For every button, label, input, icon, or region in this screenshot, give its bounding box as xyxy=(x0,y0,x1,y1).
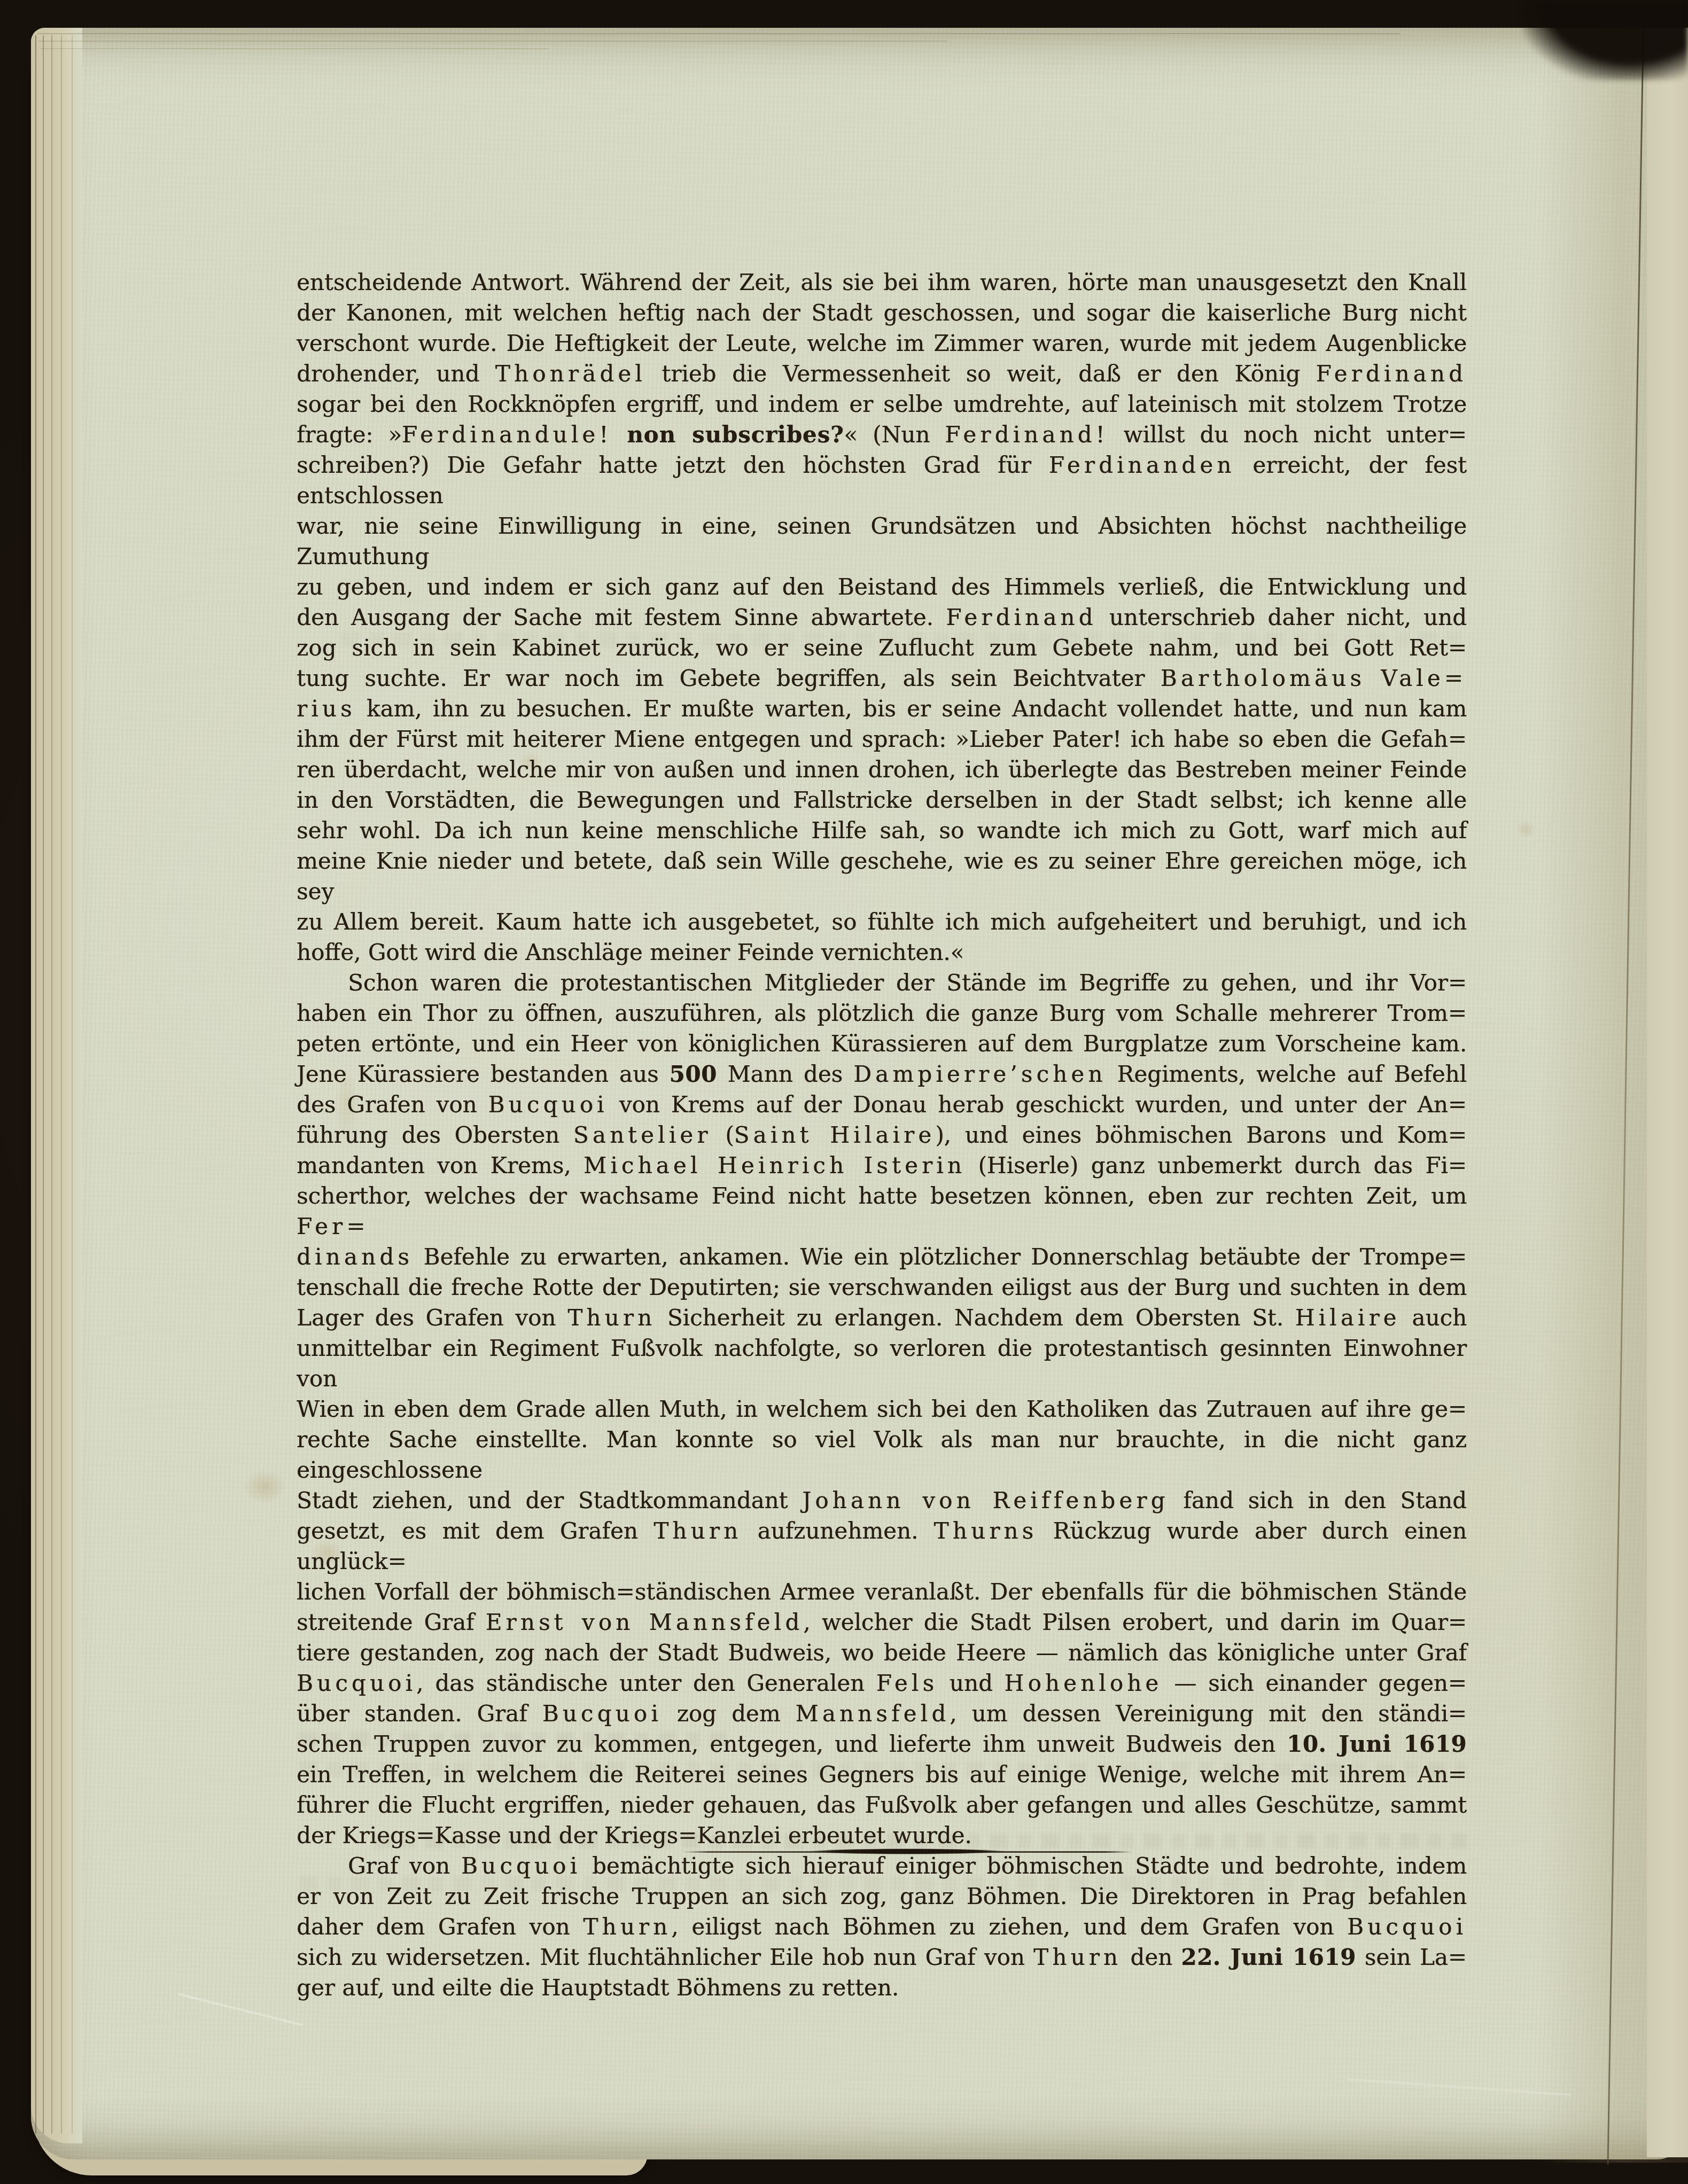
text-line: tiere gestanden, zog nach der Stadt Budw… xyxy=(297,1637,1467,1668)
proper-name-spaced: Ferdinand xyxy=(1316,361,1467,387)
text-line: daher dem Grafen von Thurn, eiligst nach… xyxy=(297,1912,1467,1942)
text-segment: ger auf, und eilte die Hauptstadt Böhmen… xyxy=(297,1975,899,2001)
text-segment: , eiligst nach Böhmen zu ziehen, und dem… xyxy=(671,1914,1347,1940)
proper-name-spaced: dinands xyxy=(297,1244,413,1270)
text-line: scherthor, welches der wachsame Feind ni… xyxy=(297,1181,1467,1242)
text-line: verschont wurde. Die Heftigkeit der Leut… xyxy=(297,328,1467,358)
text-segment: gesetzt, es mit dem Grafen xyxy=(297,1518,654,1544)
text-segment: tung suchte. Er war noch im Gebete begri… xyxy=(297,665,1161,691)
facing-page-sliver xyxy=(1647,25,1688,2157)
text-line: ihm der Fürst mit heiterer Miene entgege… xyxy=(297,724,1467,754)
scan-top-strip xyxy=(0,0,1688,28)
sheet-edge-line xyxy=(72,35,73,2134)
proper-name-spaced: Vale= xyxy=(1381,665,1467,691)
text-line: ein Treffen, in welchem die Reiterei sei… xyxy=(297,1759,1467,1790)
text-segment: sogar bei den Rockknöpfen ergriff, und i… xyxy=(297,391,1467,417)
proper-name-spaced: Saint Hilaire xyxy=(734,1122,936,1148)
text-line: führer die Flucht ergriffen, nieder geha… xyxy=(297,1790,1467,1820)
sheet-edge-line xyxy=(61,35,62,2134)
text-segment: peten ertönte, und ein Heer von königlic… xyxy=(297,1031,1467,1057)
proper-name-spaced: Bucquoi xyxy=(542,1701,662,1727)
proper-name-spaced: Bucquoi xyxy=(1347,1914,1467,1940)
text-line: führung des Obersten Santelier (Saint Hi… xyxy=(297,1120,1467,1150)
text-segment: entscheidende Antwort. Während der Zeit,… xyxy=(297,269,1467,295)
proper-name-spaced: Bartholomäus xyxy=(1161,665,1365,691)
text-block: entscheidende Antwort. Während der Zeit,… xyxy=(297,267,1467,2003)
text-line: über standen. Graf Bucquoi zog dem Manns… xyxy=(297,1698,1467,1729)
proper-name-spaced: Fels xyxy=(876,1670,938,1696)
text-line: lichen Vorfall der böhmisch=ständischen … xyxy=(297,1577,1467,1607)
text-line: zu geben, und indem er sich ganz auf den… xyxy=(297,572,1467,602)
text-segment: ein Treffen, in welchem die Reiterei sei… xyxy=(297,1761,1467,1788)
proper-name-spaced: Johann von Reiffenberg xyxy=(802,1487,1169,1514)
text-segment: sein La= xyxy=(1356,1944,1467,1970)
text-segment: Schon waren die protestantischen Mitglie… xyxy=(348,970,1467,996)
text-segment: zog sich in sein Kabinet zurück, wo er s… xyxy=(297,635,1467,661)
proper-name-spaced: Dampierre’schen xyxy=(853,1061,1106,1087)
text-segment: « (Nun xyxy=(844,422,945,448)
text-line: gesetzt, es mit dem Grafen Thurn aufzune… xyxy=(297,1516,1467,1577)
text-segment: ( xyxy=(711,1122,734,1148)
text-segment: rechte Sache einstellte. Man konnte so v… xyxy=(297,1426,1467,1483)
text-segment: tiere gestanden, zog nach der Stadt Budw… xyxy=(297,1640,1467,1666)
sheet-edge-line xyxy=(35,35,36,2134)
latin-emphasis: 500 xyxy=(670,1061,717,1087)
proper-name-spaced: Bucquoi xyxy=(488,1091,608,1118)
sheet-edge-line-top xyxy=(38,41,947,42)
latin-emphasis: non subscribes? xyxy=(627,422,844,448)
sheet-edge-line xyxy=(43,35,44,2134)
text-line: peten ertönte, und ein Heer von königlic… xyxy=(297,1028,1467,1059)
text-line: drohender, und Thonrädel trieb die Verme… xyxy=(297,358,1467,389)
proper-name-spaced: Thurn xyxy=(583,1914,671,1940)
text-line: streitende Graf Ernst von Mannsfeld, wel… xyxy=(297,1607,1467,1637)
text-line: ger auf, und eilte die Hauptstadt Böhmen… xyxy=(297,1972,1467,2003)
text-segment: fragte: » xyxy=(297,422,402,448)
text-segment: zog dem xyxy=(662,1701,796,1727)
text-segment: zu geben, und indem er sich ganz auf den… xyxy=(297,574,1467,600)
text-segment: Wien in eben dem Grade allen Muth, in we… xyxy=(297,1396,1467,1422)
text-segment: auch xyxy=(1401,1305,1467,1331)
binding-shadow xyxy=(1523,0,1688,80)
text-line: tung suchte. Er war noch im Gebete begri… xyxy=(297,663,1467,693)
text-line: der Kriegs=Kasse und der Kriegs=Kanzlei … xyxy=(297,1820,1467,1851)
text-segment: führung des Obersten xyxy=(297,1122,573,1148)
text-segment: lichen Vorfall der böhmisch=ständischen … xyxy=(297,1579,1467,1605)
text-line: tenschall die freche Rotte der Deputirte… xyxy=(297,1272,1467,1302)
text-segment: mandanten von Krems, xyxy=(297,1152,584,1179)
text-line: rius kam, ihn zu besuchen. Er mußte wart… xyxy=(297,693,1467,724)
text-line: haben ein Thor zu öffnen, auszuführen, a… xyxy=(297,998,1467,1028)
text-segment: den Ausgang der Sache mit festem Sinne a… xyxy=(297,604,946,630)
end-rule-swell xyxy=(768,1847,1046,1855)
text-segment: der Kanonen, mit welchen heftig nach der… xyxy=(297,300,1467,326)
text-segment: drohender, und xyxy=(297,361,495,387)
text-line: den Ausgang der Sache mit festem Sinne a… xyxy=(297,602,1467,633)
text-line: Bucquoi, das ständische unter den Genera… xyxy=(297,1668,1467,1698)
proper-name-spaced: Thurn xyxy=(1033,1944,1122,1970)
text-segment: den xyxy=(1122,1944,1181,1970)
proper-name-spaced: Thurn xyxy=(654,1518,742,1544)
text-segment: der Kriegs=Kasse und der Kriegs=Kanzlei … xyxy=(297,1822,972,1848)
text-segment: verschont wurde. Die Heftigkeit der Leut… xyxy=(297,330,1467,356)
proper-name-spaced: Ferdinand xyxy=(946,604,1096,630)
text-segment: scherthor, welches der wachsame Feind ni… xyxy=(297,1183,1467,1209)
text-segment xyxy=(1365,665,1381,691)
text-line: sogar bei den Rockknöpfen ergriff, und i… xyxy=(297,389,1467,419)
text-segment: sich zu widersetzen. Mit fluchtähnlicher… xyxy=(297,1944,1033,1970)
text-segment: tenschall die freche Rotte der Deputirte… xyxy=(297,1274,1467,1300)
text-line: hoffe, Gott wird die Anschläge meiner Fe… xyxy=(297,937,1467,968)
text-segment: Befehle zu erwarten, ankamen. Wie ein pl… xyxy=(413,1244,1467,1270)
text-segment: — sich einander gegen= xyxy=(1162,1670,1467,1696)
text-line: schreiben?) Die Gefahr hatte jetzt den h… xyxy=(297,450,1467,511)
proper-name-spaced: Santelier xyxy=(573,1122,712,1148)
text-line: ren überdacht, welche mir von außen und … xyxy=(297,754,1467,785)
text-segment: ), und eines böhmischen Barons und Kom= xyxy=(935,1122,1467,1148)
text-segment: Graf von xyxy=(348,1853,461,1879)
text-segment: über standen. Graf xyxy=(297,1701,542,1727)
text-segment: aufzunehmen. xyxy=(742,1518,934,1544)
text-line: unmittelbar ein Regiment Fußvolk nachfol… xyxy=(297,1333,1467,1394)
text-line: Stadt ziehen, und der Stadtkommandant Jo… xyxy=(297,1485,1467,1516)
text-segment: streitende Graf xyxy=(297,1609,486,1635)
text-segment: unterschrieb daher nicht, und xyxy=(1097,604,1467,630)
text-line: schen Truppen zuvor zu kommen, entgegen,… xyxy=(297,1729,1467,1759)
text-line: rechte Sache einstellte. Man konnte so v… xyxy=(297,1424,1467,1485)
proper-name-spaced: Mannsfeld xyxy=(796,1701,950,1727)
text-line: er von Zeit zu Zeit frische Truppen an s… xyxy=(297,1881,1467,1912)
latin-emphasis: 22. Juni 1619 xyxy=(1181,1944,1356,1970)
text-segment: zu Allem bereit. Kaum hatte ich ausgebet… xyxy=(297,909,1467,935)
text-segment: in den Vorstädten, die Bewegungen und Fa… xyxy=(297,787,1467,813)
text-segment: Mann des xyxy=(717,1061,854,1087)
proper-name-spaced: Fer= xyxy=(297,1213,369,1239)
text-line: fragte: »Ferdinandule! non subscribes?« … xyxy=(297,419,1467,450)
proper-name-spaced: Michael Heinrich Isterin xyxy=(584,1152,966,1179)
text-segment: schreiben?) Die Gefahr hatte jetzt den h… xyxy=(297,452,1049,478)
text-segment: meine Knie nieder und betete, daß sein W… xyxy=(297,848,1467,904)
text-segment: und xyxy=(938,1670,1005,1696)
text-line: war, nie seine Einwilligung in eine, sei… xyxy=(297,511,1467,572)
text-segment: unmittelbar ein Regiment Fußvolk nachfol… xyxy=(297,1335,1467,1392)
end-rule xyxy=(682,1847,1132,1856)
text-line: sich zu widersetzen. Mit fluchtähnlicher… xyxy=(297,1942,1467,1972)
text-segment: bemächtigte sich hierauf einiger böhmisc… xyxy=(581,1853,1467,1879)
text-segment: kam, ihn zu besuchen. Er mußte warten, b… xyxy=(356,696,1467,722)
text-line: mandanten von Krems, Michael Heinrich Is… xyxy=(297,1150,1467,1181)
text-line: zog sich in sein Kabinet zurück, wo er s… xyxy=(297,633,1467,663)
text-segment: führer die Flucht ergriffen, nieder geha… xyxy=(297,1792,1467,1818)
text-segment: des Grafen von xyxy=(297,1091,488,1118)
fore-edge-stack xyxy=(31,28,82,2143)
text-segment: er von Zeit zu Zeit frische Truppen an s… xyxy=(297,1883,1467,1909)
text-segment: hoffe, Gott wird die Anschläge meiner Fe… xyxy=(297,939,964,965)
text-segment: Stadt ziehen, und der Stadtkommandant xyxy=(297,1487,802,1514)
text-segment: trieb die Vermessenheit so weit, daß er … xyxy=(646,361,1316,387)
text-line: Jene Kürassiere bestanden aus 500 Mann d… xyxy=(297,1059,1467,1089)
text-line: dinands Befehle zu erwarten, ankamen. Wi… xyxy=(297,1242,1467,1272)
text-segment: willst du noch nicht unter= xyxy=(1109,422,1467,448)
proper-name-spaced: Hohenlohe xyxy=(1005,1670,1163,1696)
text-line: der Kanonen, mit welchen heftig nach der… xyxy=(297,298,1467,328)
proper-name-spaced: Ernst von Mannsfeld xyxy=(486,1609,804,1635)
proper-name-spaced: Thurn xyxy=(567,1305,656,1331)
book-scan: entscheidende Antwort. Während der Zeit,… xyxy=(0,0,1688,2184)
proper-name-spaced: Ferdinandule! xyxy=(402,422,612,448)
text-segment: schen Truppen zuvor zu kommen, entgegen,… xyxy=(297,1731,1287,1757)
text-segment: ihm der Fürst mit heiterer Miene entgege… xyxy=(297,726,1467,752)
proper-name-spaced: Thurns xyxy=(934,1518,1038,1544)
text-segment: Sicherheit zu erlangen. Nachdem dem Ober… xyxy=(656,1305,1295,1331)
sheet-edge-line xyxy=(51,35,52,2134)
text-segment: Jene Kürassiere bestanden aus xyxy=(297,1061,670,1087)
foxing-stain xyxy=(1512,817,1540,842)
text-segment: haben ein Thor zu öffnen, auszuführen, a… xyxy=(297,1000,1467,1026)
text-segment: fand sich in den Stand xyxy=(1169,1487,1467,1514)
proper-name-spaced: Ferdinand! xyxy=(945,422,1108,448)
text-line: Schon waren die protestantischen Mitglie… xyxy=(297,968,1467,998)
text-line: des Grafen von Bucquoi von Krems auf der… xyxy=(297,1089,1467,1120)
proper-name-spaced: Bucquoi xyxy=(461,1853,581,1879)
text-segment: daher dem Grafen von xyxy=(297,1914,583,1940)
latin-emphasis: 10. Juni 1619 xyxy=(1287,1731,1467,1757)
text-segment: , um dessen Vereinigung mit den ständi= xyxy=(950,1701,1467,1727)
proper-name-spaced: Thonrädel xyxy=(495,361,646,387)
proper-name-spaced: Ferdinanden xyxy=(1049,452,1235,478)
text-segment: sehr wohl. Da ich nun keine menschliche … xyxy=(297,817,1467,844)
text-line: Wien in eben dem Grade allen Muth, in we… xyxy=(297,1394,1467,1424)
text-line: Lager des Grafen von Thurn Sicherheit zu… xyxy=(297,1302,1467,1333)
text-segment: Lager des Grafen von xyxy=(297,1305,567,1331)
text-line: sehr wohl. Da ich nun keine menschliche … xyxy=(297,815,1467,846)
proper-name-spaced: Hilaire xyxy=(1295,1305,1401,1331)
text-line: zu Allem bereit. Kaum hatte ich ausgebet… xyxy=(297,907,1467,937)
text-segment: von Krems auf der Donau herab geschickt … xyxy=(608,1091,1467,1118)
sheet-edge-line-top xyxy=(41,48,548,49)
proper-name-spaced: Bucquoi xyxy=(297,1670,416,1696)
text-segment: , welcher die Stadt Pilsen erobert, und … xyxy=(803,1609,1467,1635)
text-segment: ren überdacht, welche mir von außen und … xyxy=(297,756,1467,783)
text-segment: war, nie seine Einwilligung in eine, sei… xyxy=(297,513,1467,570)
proper-name-spaced: rius xyxy=(297,696,356,722)
text-line: in den Vorstädten, die Bewegungen und Fa… xyxy=(297,785,1467,815)
text-segment: (Hiserle) ganz unbemerkt durch das Fi= xyxy=(966,1152,1467,1179)
text-line: meine Knie nieder und betete, daß sein W… xyxy=(297,846,1467,907)
text-segment xyxy=(612,422,627,448)
sheet-edge-line-top xyxy=(37,33,1400,34)
text-segment: Regiments, welche auf Befehl xyxy=(1106,1061,1467,1087)
text-segment: , das ständische unter den Generalen xyxy=(416,1670,876,1696)
foxing-stain xyxy=(235,1464,294,1510)
text-line: entscheidende Antwort. Während der Zeit,… xyxy=(297,267,1467,298)
